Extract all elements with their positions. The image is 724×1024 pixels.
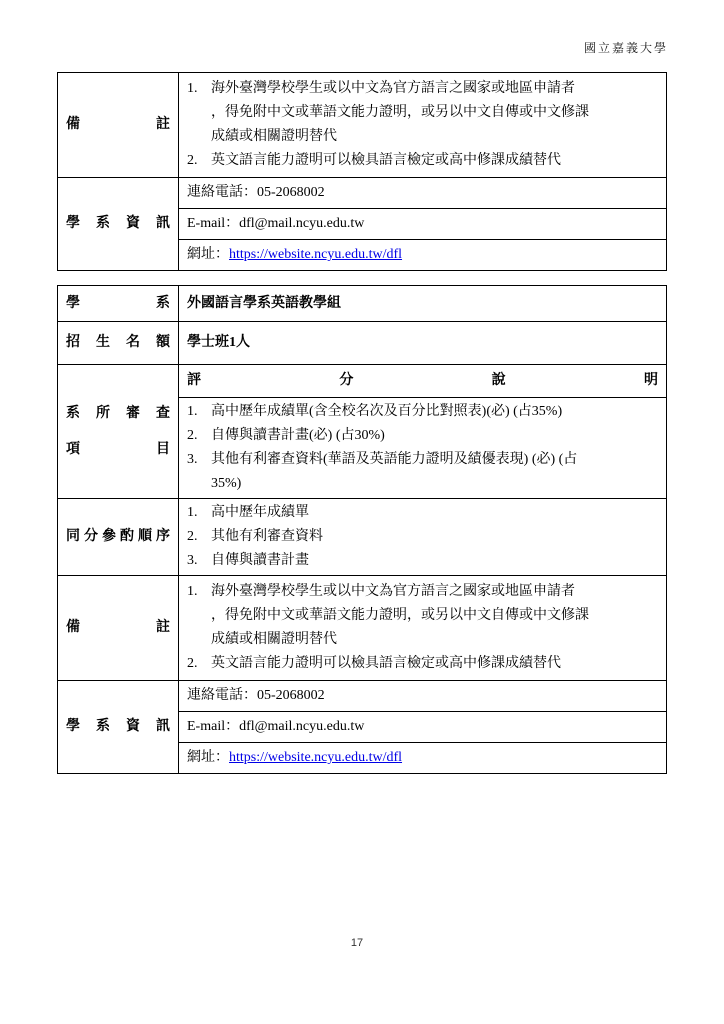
review-header: 評分說明 — [179, 365, 667, 398]
email-value: E-mail：dfl@mail.ncyu.edu.tw — [179, 209, 667, 240]
list-item-text: 高中歷年成績單 — [211, 501, 658, 525]
remarks-row: 備註 1.海外臺灣學校學生或以中文為官方語言之國家或地區申請者 ，得免附中文或華… — [58, 73, 667, 178]
list-item-number: 1. — [187, 580, 211, 652]
list-item-number: 2. — [187, 149, 211, 173]
remarks-label: 備註 — [58, 73, 179, 178]
list-item: 2.自傳與讀書計畫(必) (占30%) — [187, 424, 658, 448]
list-item-text: 其他有利審查資料(華語及英語能力證明及績優表現) (必) (占 35%) — [211, 448, 658, 496]
department-row: 學系 外國語言學系英語教學組 — [58, 286, 667, 322]
remarks-label: 備註 — [58, 576, 179, 681]
review-header-row: 系所審查項目 評分說明 — [58, 365, 667, 398]
page-number: 17 — [0, 937, 714, 949]
list-item-text: 英文語言能力證明可以檢具語言檢定或高中修課成績替代 — [211, 652, 658, 676]
list-item: 2.英文語言能力證明可以檢具語言檢定或高中修課成績替代 — [187, 652, 658, 676]
tiebreak-label: 同分參酌順序 — [58, 499, 179, 576]
review-label: 系所審查項目 — [58, 365, 179, 499]
dept-info-label: 學系資訊 — [58, 178, 179, 271]
remarks-content: 1.海外臺灣學校學生或以中文為官方語言之國家或地區申請者 ，得免附中文或華語文能… — [179, 73, 667, 178]
phone-value: 連絡電話：05-2068002 — [179, 681, 667, 712]
list-item-text: 自傳與讀書計畫(必) (占30%) — [211, 424, 658, 448]
list-item: 2.英文語言能力證明可以檢具語言檢定或高中修課成績替代 — [187, 149, 658, 173]
department-label: 學系 — [58, 286, 179, 322]
remarks-content: 1.海外臺灣學校學生或以中文為官方語言之國家或地區申請者 ，得免附中文或華語文能… — [179, 576, 667, 681]
list-item: 1.高中歷年成績單 — [187, 501, 658, 525]
list-item-number: 3. — [187, 448, 211, 496]
dept-info-phone-row: 學系資訊 連絡電話：05-2068002 — [58, 178, 667, 209]
quota-value: 學士班1人 — [179, 322, 667, 365]
list-item-number: 2. — [187, 424, 211, 448]
department-value: 外國語言學系英語教學組 — [179, 286, 667, 322]
remarks-row: 備註 1.海外臺灣學校學生或以中文為官方語言之國家或地區申請者 ，得免附中文或華… — [58, 576, 667, 681]
list-item: 3.其他有利審查資料(華語及英語能力證明及績優表現) (必) (占 35%) — [187, 448, 658, 496]
phone-value: 連絡電話：05-2068002 — [179, 178, 667, 209]
dept-info-label: 學系資訊 — [58, 681, 179, 774]
tiebreak-row: 同分參酌順序 1.高中歷年成績單2.其他有利審查資料3.自傳與讀書計畫 — [58, 499, 667, 576]
website-label: 網址： — [187, 750, 229, 765]
website-link[interactable]: https://website.ncyu.edu.tw/dfl — [229, 750, 402, 765]
document-page: 國立嘉義大學 備註 1.海外臺灣學校學生或以中文為官方語言之國家或地區申請者 ，… — [0, 0, 724, 1024]
list-item-number: 1. — [187, 400, 211, 424]
list-item-text: 海外臺灣學校學生或以中文為官方語言之國家或地區申請者 ，得免附中文或華語文能力證… — [211, 77, 658, 149]
quota-row: 招生名額 學士班1人 — [58, 322, 667, 365]
university-name: 國立嘉義大學 — [584, 39, 668, 56]
list-item: 1.海外臺灣學校學生或以中文為官方語言之國家或地區申請者 ，得免附中文或華語文能… — [187, 77, 658, 149]
quota-label: 招生名額 — [58, 322, 179, 365]
list-item: 1.高中歷年成績單(含全校名次及百分比對照表)(必) (占35%) — [187, 400, 658, 424]
list-item-text: 自傳與讀書計畫 — [211, 549, 658, 573]
list-item-text: 其他有利審查資料 — [211, 525, 658, 549]
email-value: E-mail：dfl@mail.ncyu.edu.tw — [179, 712, 667, 743]
review-items: 1.高中歷年成績單(含全校名次及百分比對照表)(必) (占35%)2.自傳與讀書… — [179, 398, 667, 499]
admission-table-continued: 備註 1.海外臺灣學校學生或以中文為官方語言之國家或地區申請者 ，得免附中文或華… — [57, 72, 667, 271]
list-item-text: 高中歷年成績單(含全校名次及百分比對照表)(必) (占35%) — [211, 400, 658, 424]
list-item: 2.其他有利審查資料 — [187, 525, 658, 549]
website-link[interactable]: https://website.ncyu.edu.tw/dfl — [229, 247, 402, 262]
list-item: 1.海外臺灣學校學生或以中文為官方語言之國家或地區申請者 ，得免附中文或華語文能… — [187, 580, 658, 652]
admission-table-english-teaching: 學系 外國語言學系英語教學組 招生名額 學士班1人 系所審查項目 評分說明 1.… — [57, 285, 667, 774]
list-item-number: 3. — [187, 549, 211, 573]
list-item-text: 海外臺灣學校學生或以中文為官方語言之國家或地區申請者 ，得免附中文或華語文能力證… — [211, 580, 658, 652]
list-item: 3.自傳與讀書計畫 — [187, 549, 658, 573]
tiebreak-items: 1.高中歷年成績單2.其他有利審查資料3.自傳與讀書計畫 — [179, 499, 667, 576]
list-item-text: 英文語言能力證明可以檢具語言檢定或高中修課成績替代 — [211, 149, 658, 173]
list-item-number: 2. — [187, 652, 211, 676]
dept-info-phone-row: 學系資訊 連絡電話：05-2068002 — [58, 681, 667, 712]
list-item-number: 1. — [187, 501, 211, 525]
website-cell: 網址：https://website.ncyu.edu.tw/dfl — [179, 743, 667, 774]
list-item-number: 1. — [187, 77, 211, 149]
website-label: 網址： — [187, 247, 229, 262]
website-cell: 網址：https://website.ncyu.edu.tw/dfl — [179, 240, 667, 271]
list-item-number: 2. — [187, 525, 211, 549]
